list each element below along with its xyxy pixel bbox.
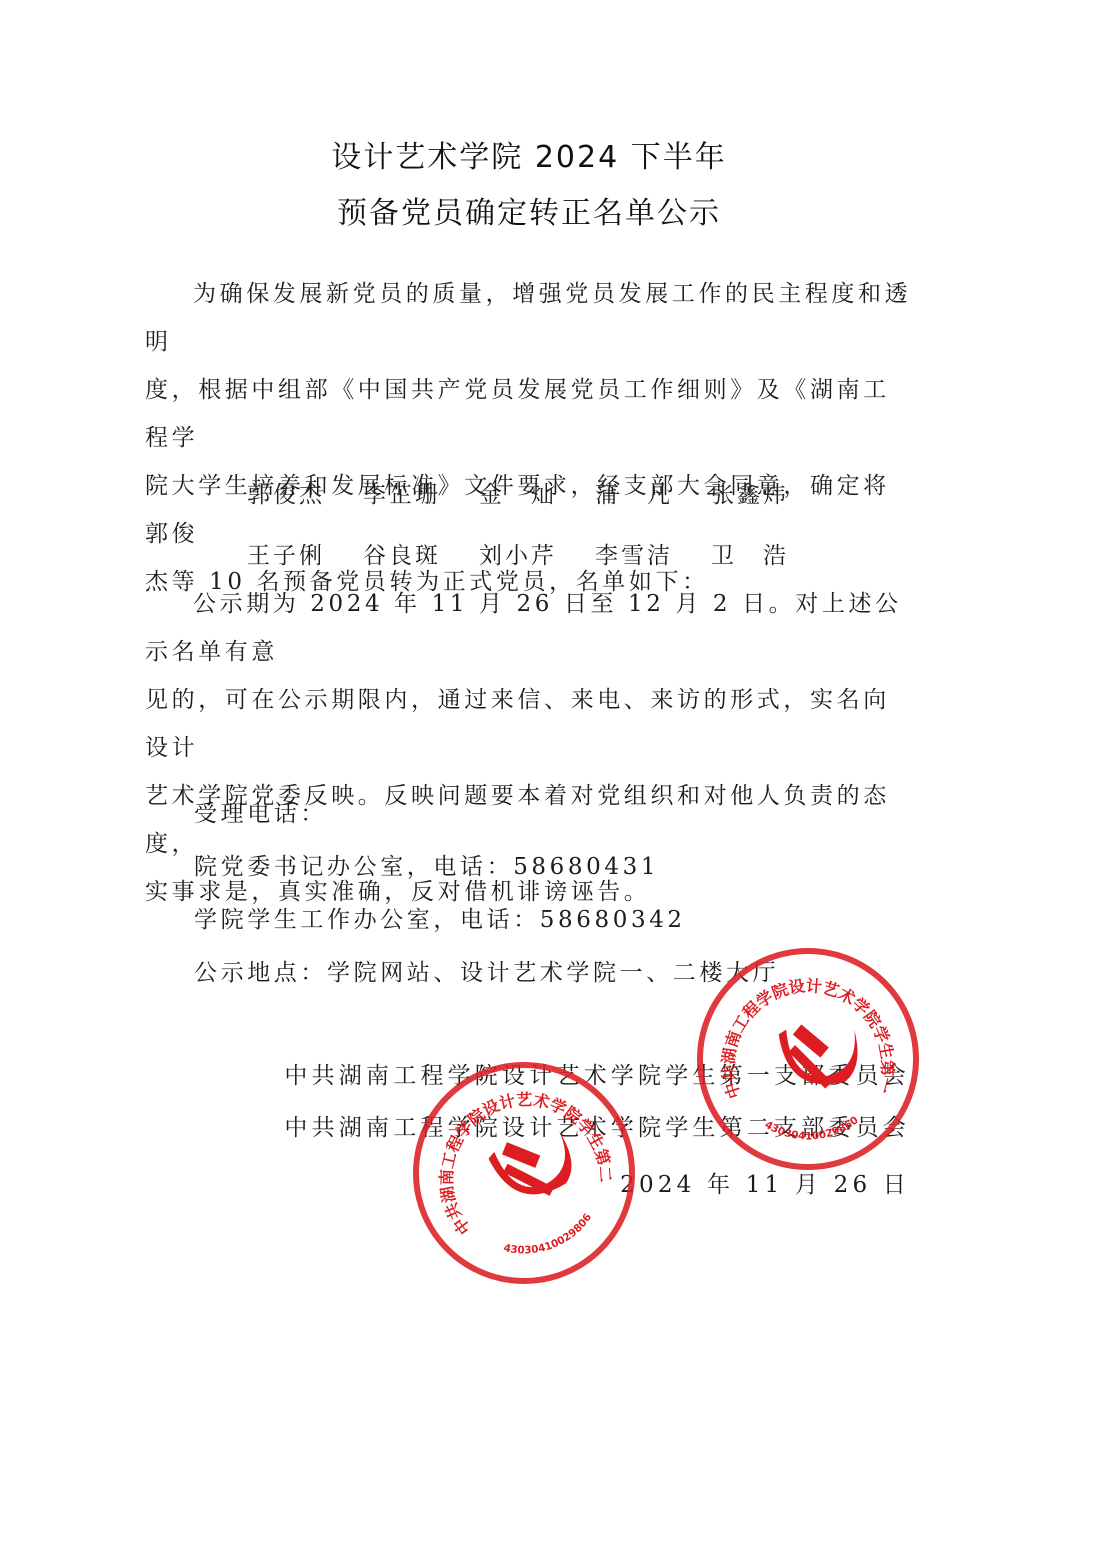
intro-line: 度，根据中组部《中国共产党员发展党员工作细则》及《湖南工程学	[145, 366, 915, 462]
svg-text:43030410029860: 43030410029860	[762, 1114, 860, 1142]
signature-date: 2024 年 11 月 26 日	[620, 1166, 910, 1199]
member-name: 李雪洁	[595, 537, 711, 570]
notice-line: 见的，可在公示期限内，通过来信、来电、来访的形式，实名向设计	[145, 676, 915, 772]
official-seal-branch-1: 中共湖南工程学院设计艺术学院学生第一支部委员会 43030410029860	[697, 948, 919, 1170]
member-name: 郭俊杰	[247, 476, 363, 509]
intro-line: 为确保发展新党员的质量，增强党员发展工作的民主程度和透明	[145, 270, 915, 366]
member-name: 金 灿	[479, 476, 595, 509]
member-name: 张鑫炜	[711, 476, 827, 509]
notice-line: 公示期为 2024 年 11 月 26 日至 12 月 2 日。对上述公示名单有…	[145, 580, 915, 676]
title-line-1: 设计艺术学院 2024 下半年	[0, 132, 1058, 176]
notice-location: 公示地点：学院网站、设计艺术学院一、二楼大厅	[194, 954, 779, 987]
names-row-2: 王子俐 谷良斑 刘小芹 李雪洁 卫 浩	[247, 537, 827, 570]
member-name: 王子俐	[247, 537, 363, 570]
svg-text:43030410029806: 43030410029806	[498, 1209, 600, 1266]
member-name: 蒲 凡	[595, 476, 711, 509]
contact-party-office: 院党委书记办公室，电话：58680431	[194, 848, 659, 881]
member-name: 卫 浩	[711, 537, 827, 570]
contact-student-office: 学院学生工作办公室，电话：58680342	[194, 901, 686, 934]
member-name: 谷良斑	[363, 537, 479, 570]
contact-heading: 受理电话：	[194, 795, 327, 828]
document-page: 设计艺术学院 2024 下半年 预备党员确定转正名单公示 为确保发展新党员的质量…	[0, 0, 1098, 1551]
member-name: 刘小芹	[479, 537, 595, 570]
title-line-2: 预备党员确定转正名单公示	[0, 188, 1058, 232]
names-row-1: 郭俊杰 李芷珊 金 灿 蒲 凡 张鑫炜	[247, 476, 827, 509]
member-name: 李芷珊	[363, 476, 479, 509]
hammer-sickle-icon: 中共湖南工程学院设计艺术学院学生第一支部委员会 43030410029860	[703, 954, 913, 1164]
